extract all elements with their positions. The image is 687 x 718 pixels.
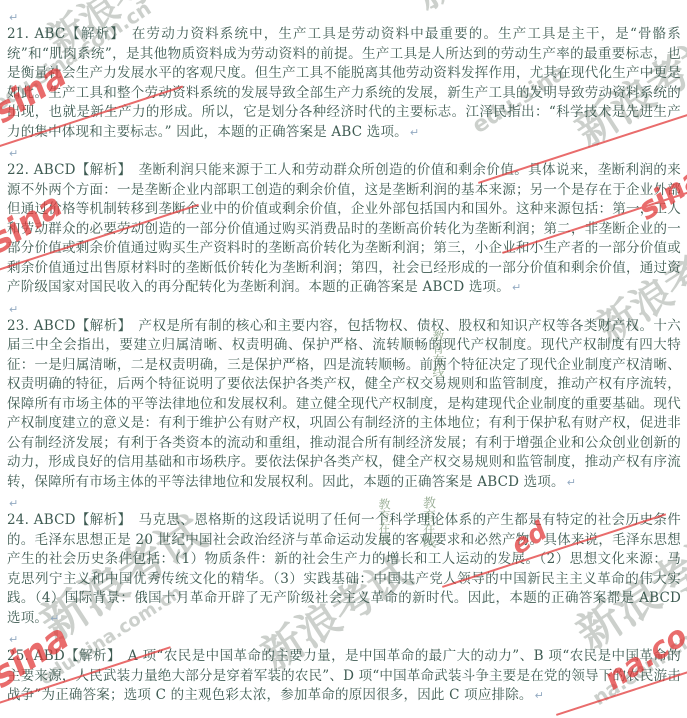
paragraph-mark: ↵ xyxy=(535,689,544,702)
answer-item-23: 23. ABCD【解析】产权是所有制的核心和主要内容，包括物权、债权、股权和知识… xyxy=(7,317,681,493)
paragraph-mark: ↵ xyxy=(50,612,59,625)
item-23-head: 23. ABCD【解析】 xyxy=(7,318,132,334)
blank-line: ↵ xyxy=(7,142,681,161)
blank-line: ↵ xyxy=(7,298,681,317)
paragraph-mark: ↵ xyxy=(9,11,18,24)
item-23-text: 产权是所有制的核心和主要内容，包括物权、债权、股权和知识产权等各类财产权。十六届… xyxy=(7,318,681,490)
paragraph-mark: ↵ xyxy=(410,126,419,139)
item-21-head: 21. ABC【解析】 xyxy=(7,26,125,42)
document-page: ↵ 21. ABC【解析】在劳动力资料系统中，生产工具是劳动资料中最重要的。生产… xyxy=(0,0,687,718)
answer-item-22: 22. ABCD【解析】垄断利润只能来源于工人和劳动群众所创造的价值和剩余价值。… xyxy=(7,161,681,298)
answer-item-24: 24. ABCD【解析】马克思、恩格斯的这段话说明了任何一个科学理论体系的产生都… xyxy=(7,511,681,628)
paragraph-mark: ↵ xyxy=(9,303,18,316)
paragraph-mark: ↵ xyxy=(567,476,576,489)
paragraph-mark: ↵ xyxy=(512,281,521,294)
answer-item-21: 21. ABC【解析】在劳动力资料系统中，生产工具是劳动资料中最重要的。生产工具… xyxy=(7,25,681,142)
item-22-text: 垄断利润只能来源于工人和劳动群众所创造的价值和剩余价值。具体说来，垄断利润的来源… xyxy=(7,162,681,295)
blank-line: ↵ xyxy=(7,628,681,647)
item-24-head: 24. ABCD【解析】 xyxy=(7,512,132,528)
answer-item-25: 25. ABD【解析】A 项“农民是中国革命的主要力量，是中国革命的最广大的动力… xyxy=(7,647,681,706)
item-22-head: 22. ABCD【解析】 xyxy=(7,162,132,178)
item-25-head: 25. ABD【解析】 xyxy=(7,648,121,664)
paragraph-mark: ↵ xyxy=(9,633,18,646)
paragraph-mark: ↵ xyxy=(9,147,18,160)
paragraph-mark: ↵ xyxy=(9,497,18,510)
blank-line: ↵ xyxy=(7,6,681,25)
item-21-text: 在劳动力资料系统中，生产工具是劳动资料中最重要的。生产工具是主干，是“骨骼系统”… xyxy=(7,26,681,140)
item-24-text: 马克思、恩格斯的这段话说明了任何一个科学理论体系的产生都是有特定的社会历史条件的… xyxy=(7,512,681,626)
blank-line: ↵ xyxy=(7,492,681,511)
